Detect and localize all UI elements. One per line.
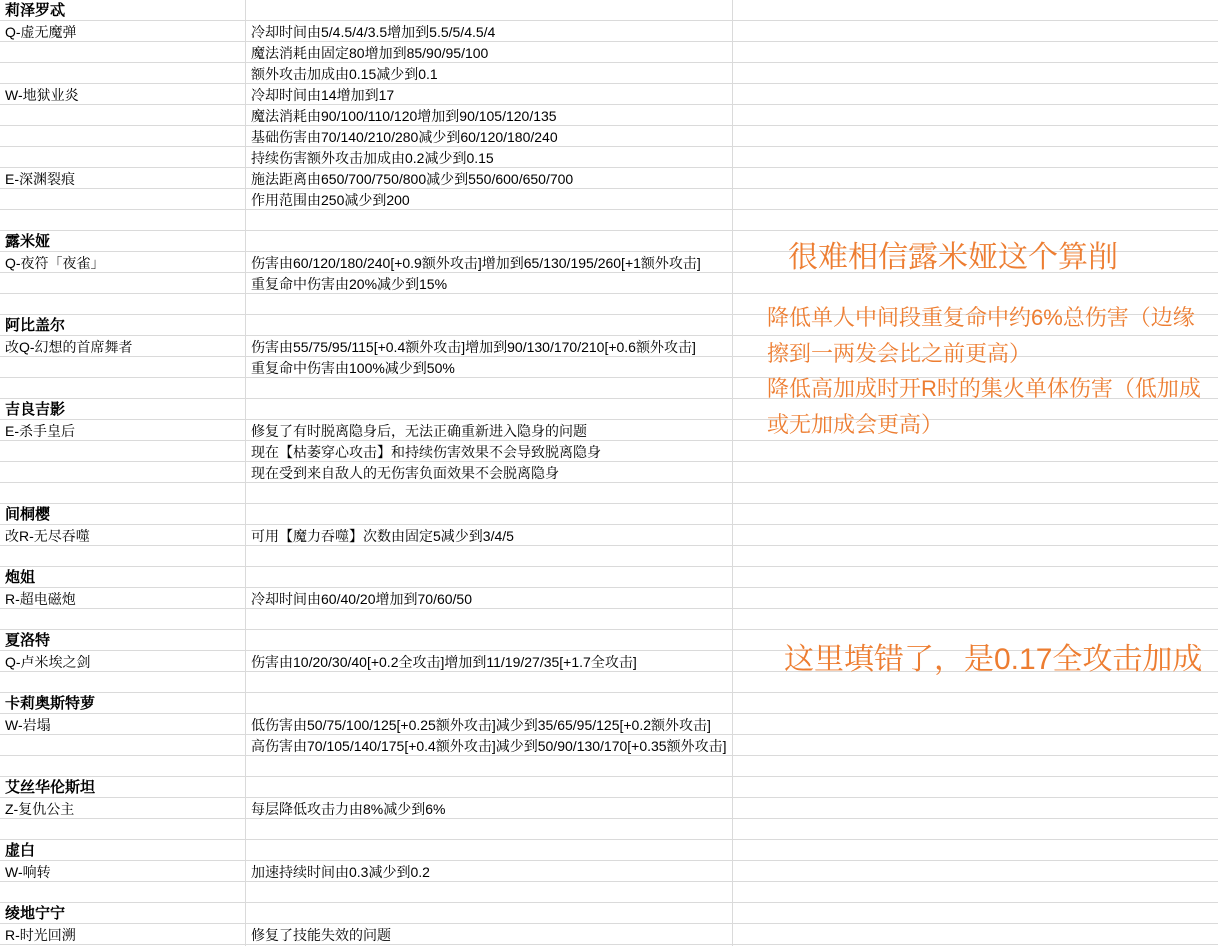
column-divider-a-b bbox=[245, 0, 246, 946]
skill-name-cell[interactable]: Z-复仇公主 bbox=[3, 800, 76, 818]
champion-name-cell[interactable]: 卡莉奥斯特萝 bbox=[3, 695, 97, 713]
annotation-line: 降低高加成时开R时的集火单体伤害（低加成 bbox=[767, 371, 1201, 407]
champion-name-cell[interactable]: 绫地宁宁 bbox=[3, 905, 67, 923]
skill-name-cell[interactable]: 改Q-幻想的首席舞者 bbox=[3, 338, 135, 356]
change-text-cell[interactable]: 高伤害由70/105/140/175[+0.4额外攻击]减少到50/90/130… bbox=[249, 737, 728, 755]
champion-name-cell[interactable]: 露米娅 bbox=[3, 233, 52, 251]
change-text-cell[interactable]: 冷却时间由5/4.5/4/3.5增加到5.5/5/4.5/4 bbox=[249, 23, 497, 41]
skill-name-cell[interactable]: Q-卢米埃之剑 bbox=[3, 653, 93, 671]
change-text-cell[interactable]: 修复了有时脱离隐身后，无法正确重新进入隐身的问题 bbox=[249, 422, 589, 440]
change-text-cell[interactable]: 基础伤害由70/140/210/280减少到60/120/180/240 bbox=[249, 128, 560, 146]
annotation-line: 或无加成会更高） bbox=[767, 407, 1201, 443]
skill-name-cell[interactable]: 改R-无尽吞噬 bbox=[3, 527, 92, 545]
change-text-cell[interactable]: 伤害由10/20/30/40[+0.2全攻击]增加到11/19/27/35[+1… bbox=[249, 653, 639, 671]
annotation-line: 这里填错了，是0.17全攻击加成 bbox=[784, 640, 1202, 680]
change-text-cell[interactable]: 伤害由55/75/95/115[+0.4额外攻击]增加到90/130/170/2… bbox=[249, 338, 698, 356]
skill-name-cell[interactable]: R-时光回溯 bbox=[3, 926, 78, 944]
change-text-cell[interactable]: 伤害由60/120/180/240[+0.9额外攻击]增加到65/130/195… bbox=[249, 254, 703, 272]
skill-name-cell[interactable]: E-杀手皇后 bbox=[3, 422, 77, 440]
champion-name-cell[interactable]: 虚白 bbox=[3, 842, 37, 860]
skill-name-cell[interactable]: Q-虚无魔弹 bbox=[3, 23, 79, 41]
skill-name-cell[interactable]: Q-夜符「夜雀」 bbox=[3, 254, 107, 272]
change-text-cell[interactable]: 魔法消耗由90/100/110/120增加到90/105/120/135 bbox=[249, 107, 559, 125]
change-text-cell[interactable]: 现在受到来自敌人的无伤害负面效果不会脱离隐身 bbox=[249, 464, 561, 482]
change-text-cell[interactable]: 额外攻击加成由0.15减少到0.1 bbox=[249, 65, 440, 83]
change-text-cell[interactable]: 修复了技能失效的问题 bbox=[249, 926, 393, 944]
champion-name-cell[interactable]: 阿比盖尔 bbox=[3, 317, 67, 335]
change-text-cell[interactable]: 持续伤害额外攻击加成由0.2减少到0.15 bbox=[249, 149, 496, 167]
change-text-cell[interactable]: 可用【魔力吞噬】次数由固定5减少到3/4/5 bbox=[249, 527, 516, 545]
annotation-typo-correction[interactable]: 这里填错了，是0.17全攻击加成 bbox=[784, 640, 1202, 680]
skill-name-cell[interactable]: W-岩塌 bbox=[3, 716, 53, 734]
annotation-lumia-nerf-comment[interactable]: 很难相信露米娅这个算削 bbox=[788, 238, 1118, 278]
annotation-r-focus-damage-explanation[interactable]: 降低高加成时开R时的集火单体伤害（低加成 或无加成会更高） bbox=[767, 371, 1201, 443]
spreadsheet-grid: 很难相信露米娅这个算削 降低单人中间段重复命中约6%总伤害（边缘 擦到一两发会比… bbox=[0, 0, 1218, 946]
annotation-line: 很难相信露米娅这个算削 bbox=[788, 238, 1118, 278]
annotation-repeat-hit-explanation[interactable]: 降低单人中间段重复命中约6%总伤害（边缘 擦到一两发会比之前更高） bbox=[767, 300, 1195, 372]
change-text-cell[interactable]: 冷却时间由14增加到17 bbox=[249, 86, 396, 104]
change-text-cell[interactable]: 现在【枯萎穿心攻击】和持续伤害效果不会导致脱离隐身 bbox=[249, 443, 603, 461]
annotation-line: 降低单人中间段重复命中约6%总伤害（边缘 bbox=[767, 300, 1195, 336]
change-text-cell[interactable]: 重复命中伤害由100%减少到50% bbox=[249, 359, 457, 377]
champion-name-cell[interactable]: 吉良吉影 bbox=[3, 401, 67, 419]
skill-name-cell[interactable]: W-地狱业炎 bbox=[3, 86, 81, 104]
change-text-cell[interactable]: 作用范围由250减少到200 bbox=[249, 191, 412, 209]
change-text-cell[interactable]: 低伤害由50/75/100/125[+0.25额外攻击]减少到35/65/95/… bbox=[249, 716, 713, 734]
change-text-cell[interactable]: 每层降低攻击力由8%减少到6% bbox=[249, 800, 447, 818]
skill-name-cell[interactable]: R-超电磁炮 bbox=[3, 590, 78, 608]
change-text-cell[interactable]: 魔法消耗由固定80增加到85/90/95/100 bbox=[249, 44, 490, 62]
change-text-cell[interactable]: 冷却时间由60/40/20增加到70/60/50 bbox=[249, 590, 474, 608]
champion-name-cell[interactable]: 夏洛特 bbox=[3, 632, 52, 650]
change-text-cell[interactable]: 加速持续时间由0.3减少到0.2 bbox=[249, 863, 432, 881]
column-divider-b-c bbox=[732, 0, 733, 946]
change-text-cell[interactable]: 重复命中伤害由20%减少到15% bbox=[249, 275, 449, 293]
champion-name-cell[interactable]: 间桐樱 bbox=[3, 506, 52, 524]
annotation-line: 擦到一两发会比之前更高） bbox=[767, 336, 1195, 372]
change-text-cell[interactable]: 施法距离由650/700/750/800减少到550/600/650/700 bbox=[249, 170, 575, 188]
skill-name-cell[interactable]: W-响转 bbox=[3, 863, 53, 881]
champion-name-cell[interactable]: 炮姐 bbox=[3, 569, 37, 587]
champion-name-cell[interactable]: 莉泽罗忒 bbox=[3, 2, 67, 20]
skill-name-cell[interactable]: E-深渊裂痕 bbox=[3, 170, 77, 188]
champion-name-cell[interactable]: 艾丝华伦斯坦 bbox=[3, 779, 97, 797]
